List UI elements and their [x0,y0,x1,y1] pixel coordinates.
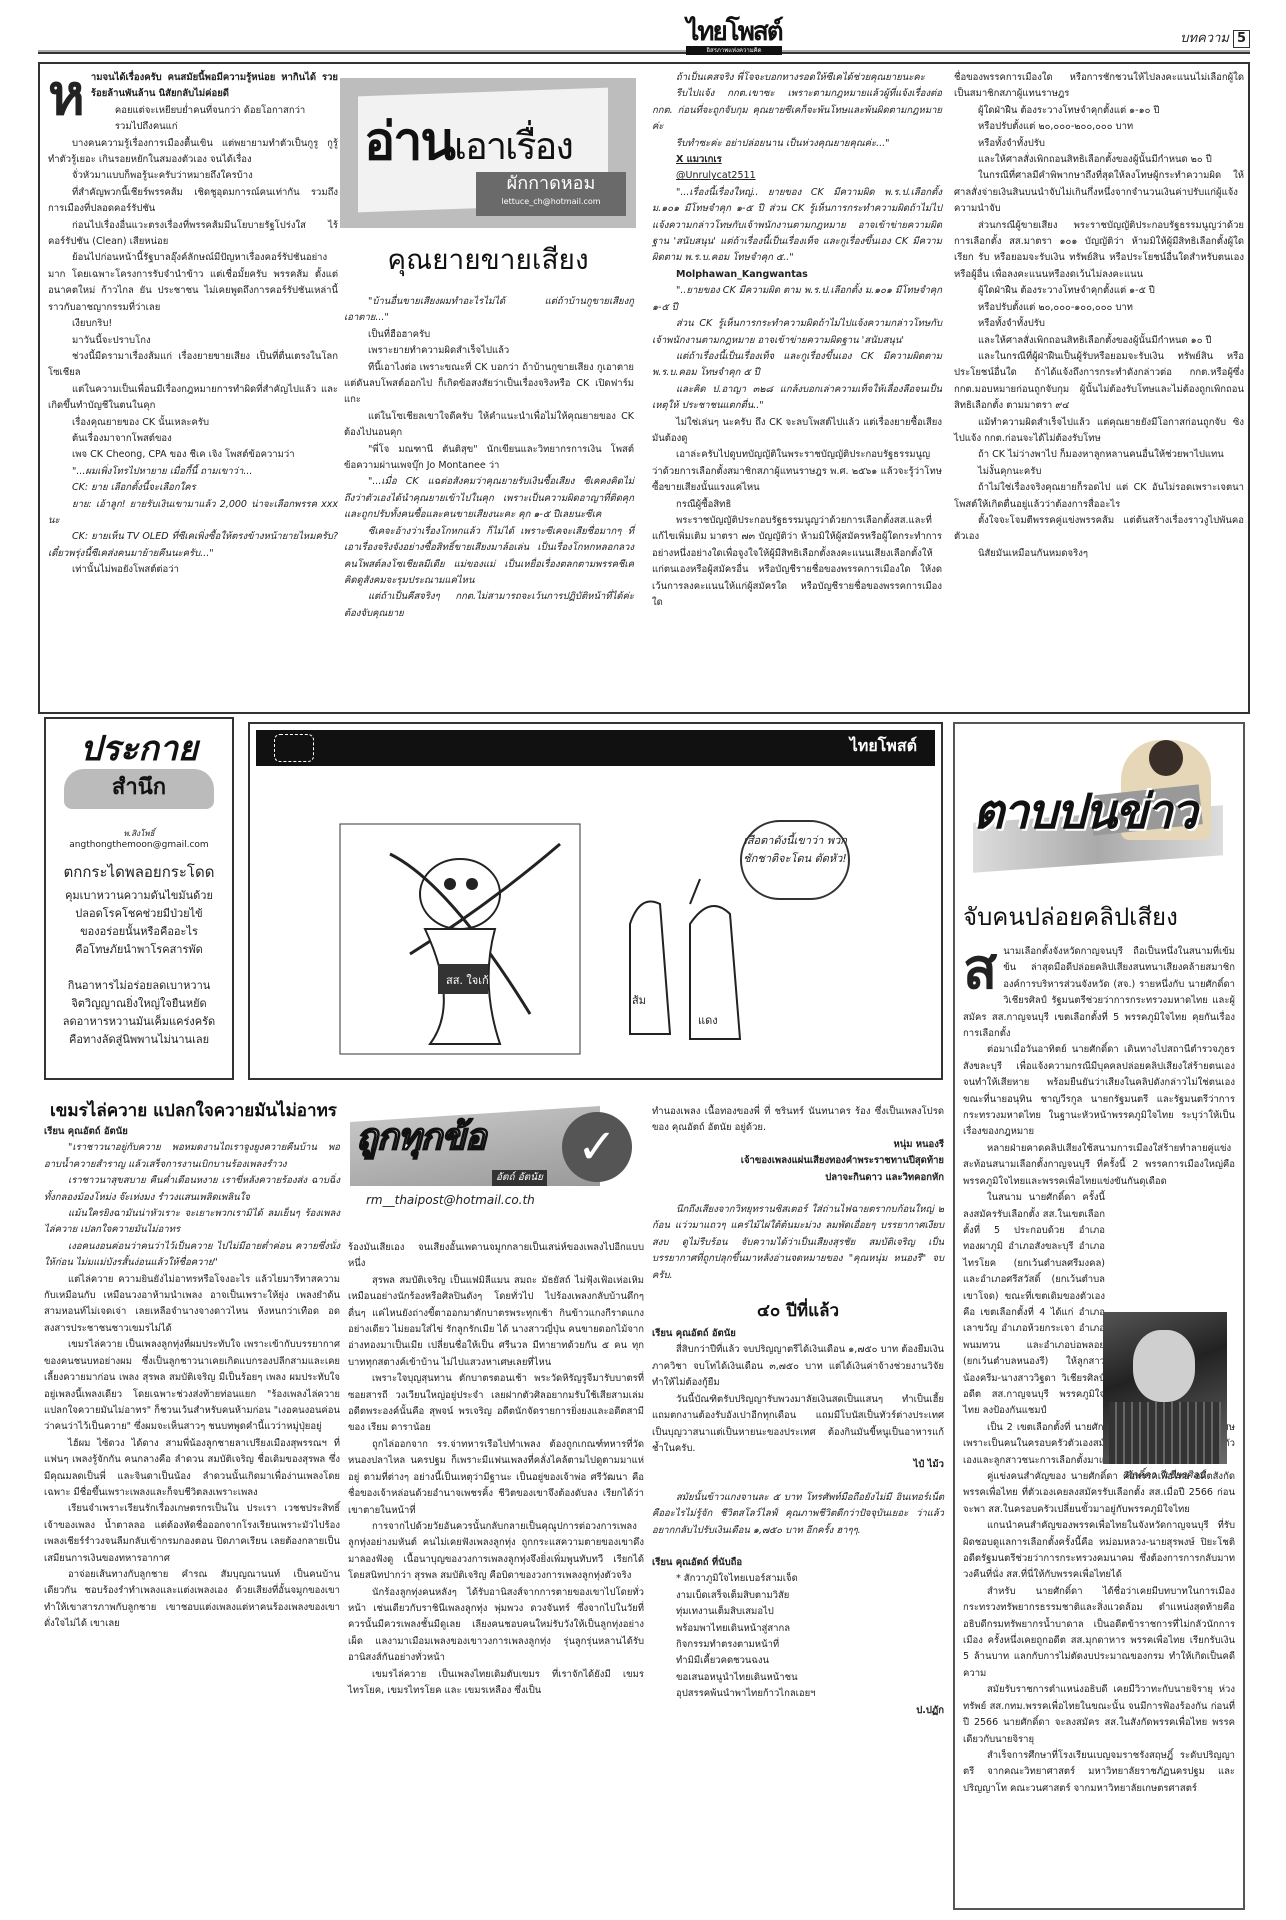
poem-stanza-2: กินอาหารไม่อร่อยลดเบาหวาน จิตวิญญาณยิ่งใ… [46,977,232,1049]
mascot-icon [274,734,314,762]
letters-column-1: เรียน คุณอัตถ์ อัตนัย "เราชาวนาอยู่กับคว… [44,1124,340,1633]
author-email[interactable]: lettuce_ch@hotmail.com [476,196,626,208]
portrait-photo [1103,1312,1227,1464]
column-feature: "บ้านอื่นขายเสียงผมทำอะไรไม่ได้ แต่ถ้าบ้… [344,294,634,622]
news-column-box: ตาบปนข่าว จับคนปล่อยคลิปเสียง ส นามเลือก… [953,722,1245,1910]
column-banner: อ่านเอาเรื่อง ผักกาดหอม lettuce_ch@hotma… [340,78,636,228]
column-left: ห ามจนได้เรื่องครับ คนสมัยนี้พอมีความรู้… [48,70,338,579]
cartoon-brand: ไทยโพสต์ [850,738,917,754]
letter-1-signature: หนุ่ม หนองรี เจ้าของเพลงแผ่นเสียงทองคำพร… [652,1137,944,1186]
news-headline: จับคนปล่อยคลิปเสียง [963,902,1235,932]
masthead: ไทยโพสต์ อิสรภาพแห่งความคิด บทความ5 [38,12,1250,56]
svg-text:ส้ม: ส้ม [632,994,646,1007]
section-label: บทความ5 [1180,30,1250,48]
cartoon-drawing: สส. ใจเก้ ส้ม แดง เสือตาดังนี้เขาว่า พวก… [330,784,850,1064]
poet-email[interactable]: angthongthemoon@gmail.com [46,839,232,851]
page-number: 5 [1233,30,1250,48]
news-column-header: ตาบปนข่าว [963,734,1235,884]
letter-2-signature: ไป๋ ไม้ว [652,1457,944,1473]
ribbon-graphic: สำนึก [64,769,214,809]
svg-text:สส. ใจเก้: สส. ใจเก้ [446,974,489,987]
poem-column-logo: ประกาย สำนึก [54,729,224,829]
article-headline: คุณยายขายเสียง [340,242,636,278]
masthead-rule [38,50,1250,54]
social-handle[interactable]: @Unrulycat2511 [676,170,756,181]
column-third: ถ้าเป็นเคสจริง พี่โจจะบอกทางรอดให้ซีเคได… [652,70,942,611]
column-right: ชื่อของพรรคการเมืองใด หรือการชักชวนให้ไป… [954,70,1244,562]
banner-title: อ่านเอาเรื่อง [364,114,572,174]
poem-stanza-1: คุมเบาหวานความดันไขมันด้วย ปลอดโรคโชคช่ว… [46,887,232,959]
dropcap: ส [963,944,997,996]
letter-2-headline: ๔๐ ปีที่แล้ว [652,1300,944,1322]
poem-title: ตกกระไดพลอยกระโดด [46,861,232,883]
speech-bubble: เสือตาดังนี้เขาว่า พวกชักชาติจะโดน ตัดหั… [740,820,850,900]
dropcap: ห [48,70,85,122]
letters-column-3: ทำนองเพลง เนื้อทองของพี่ ที่ ชรินทร์ นัน… [652,1104,944,1719]
opinion-column-box: ห ามจนได้เรื่องครับ คนสมัยนี้พอมีความรู้… [38,62,1250,714]
checkmark-icon: ✓ [562,1112,632,1182]
newspaper-logo[interactable]: ไทยโพสต์ อิสรภาพแห่งความคิด [684,18,784,55]
letters-column-logo: ถูกทุกข้อ อัตถ์ อัตนัย ✓ rm__thaipost@ho… [342,1092,642,1222]
letters-column-2: ร้องมันเสียเอง จนเสียงอั้นเพดานจมูกกลายเ… [348,1240,644,1699]
letter-3-signature: ป.ปฏัก [652,1703,944,1719]
photo-caption: ศักดิ์ดา วิเชียรศิลป์ [1103,1468,1227,1484]
news-column-title: ตาบปนข่าว [973,804,1196,820]
logo-tagline: อิสรภาพแห่งความคิด [686,46,782,55]
banner-author-tag: ผักกาดหอม lettuce_ch@hotmail.com [476,172,626,216]
editor-reply-2: สมัยนั้นข้าวแกงจานละ ๕ บาท โทรศัพท์มือถื… [652,1490,944,1539]
editorial-cartoon: ไทยโพสต์ สส. ใจเก้ ส้ม แดง เสือตาดังนี้เ… [248,722,943,1080]
social-handle-name[interactable]: X แมวเกเร [676,154,722,165]
editor-reply-1: นึกถึงเสียงจากวิทยุทรานซิสเตอร์ ใส่ถ่านไ… [652,1202,944,1284]
letters-email[interactable]: rm__thaipost@hotmail.co.th [366,1192,535,1208]
cartoon-header-bar: ไทยโพสต์ [256,730,935,766]
social-handle-2[interactable]: Molphawan_Kangwantas [676,269,808,280]
letter-1-headline: เขมรไล่ควาย แปลกใจควายมันไม่อาทร [50,1100,340,1122]
letter-3-verse: * สักวาภูมิใจไทยเบอร์สามเจ็ด งามเบ็ดเสร็… [652,1571,944,1702]
svg-text:แดง: แดง [698,1014,718,1027]
poem-box: ประกาย สำนึก พ.สิงโพธิ์ angthongthemoon@… [44,717,234,1080]
